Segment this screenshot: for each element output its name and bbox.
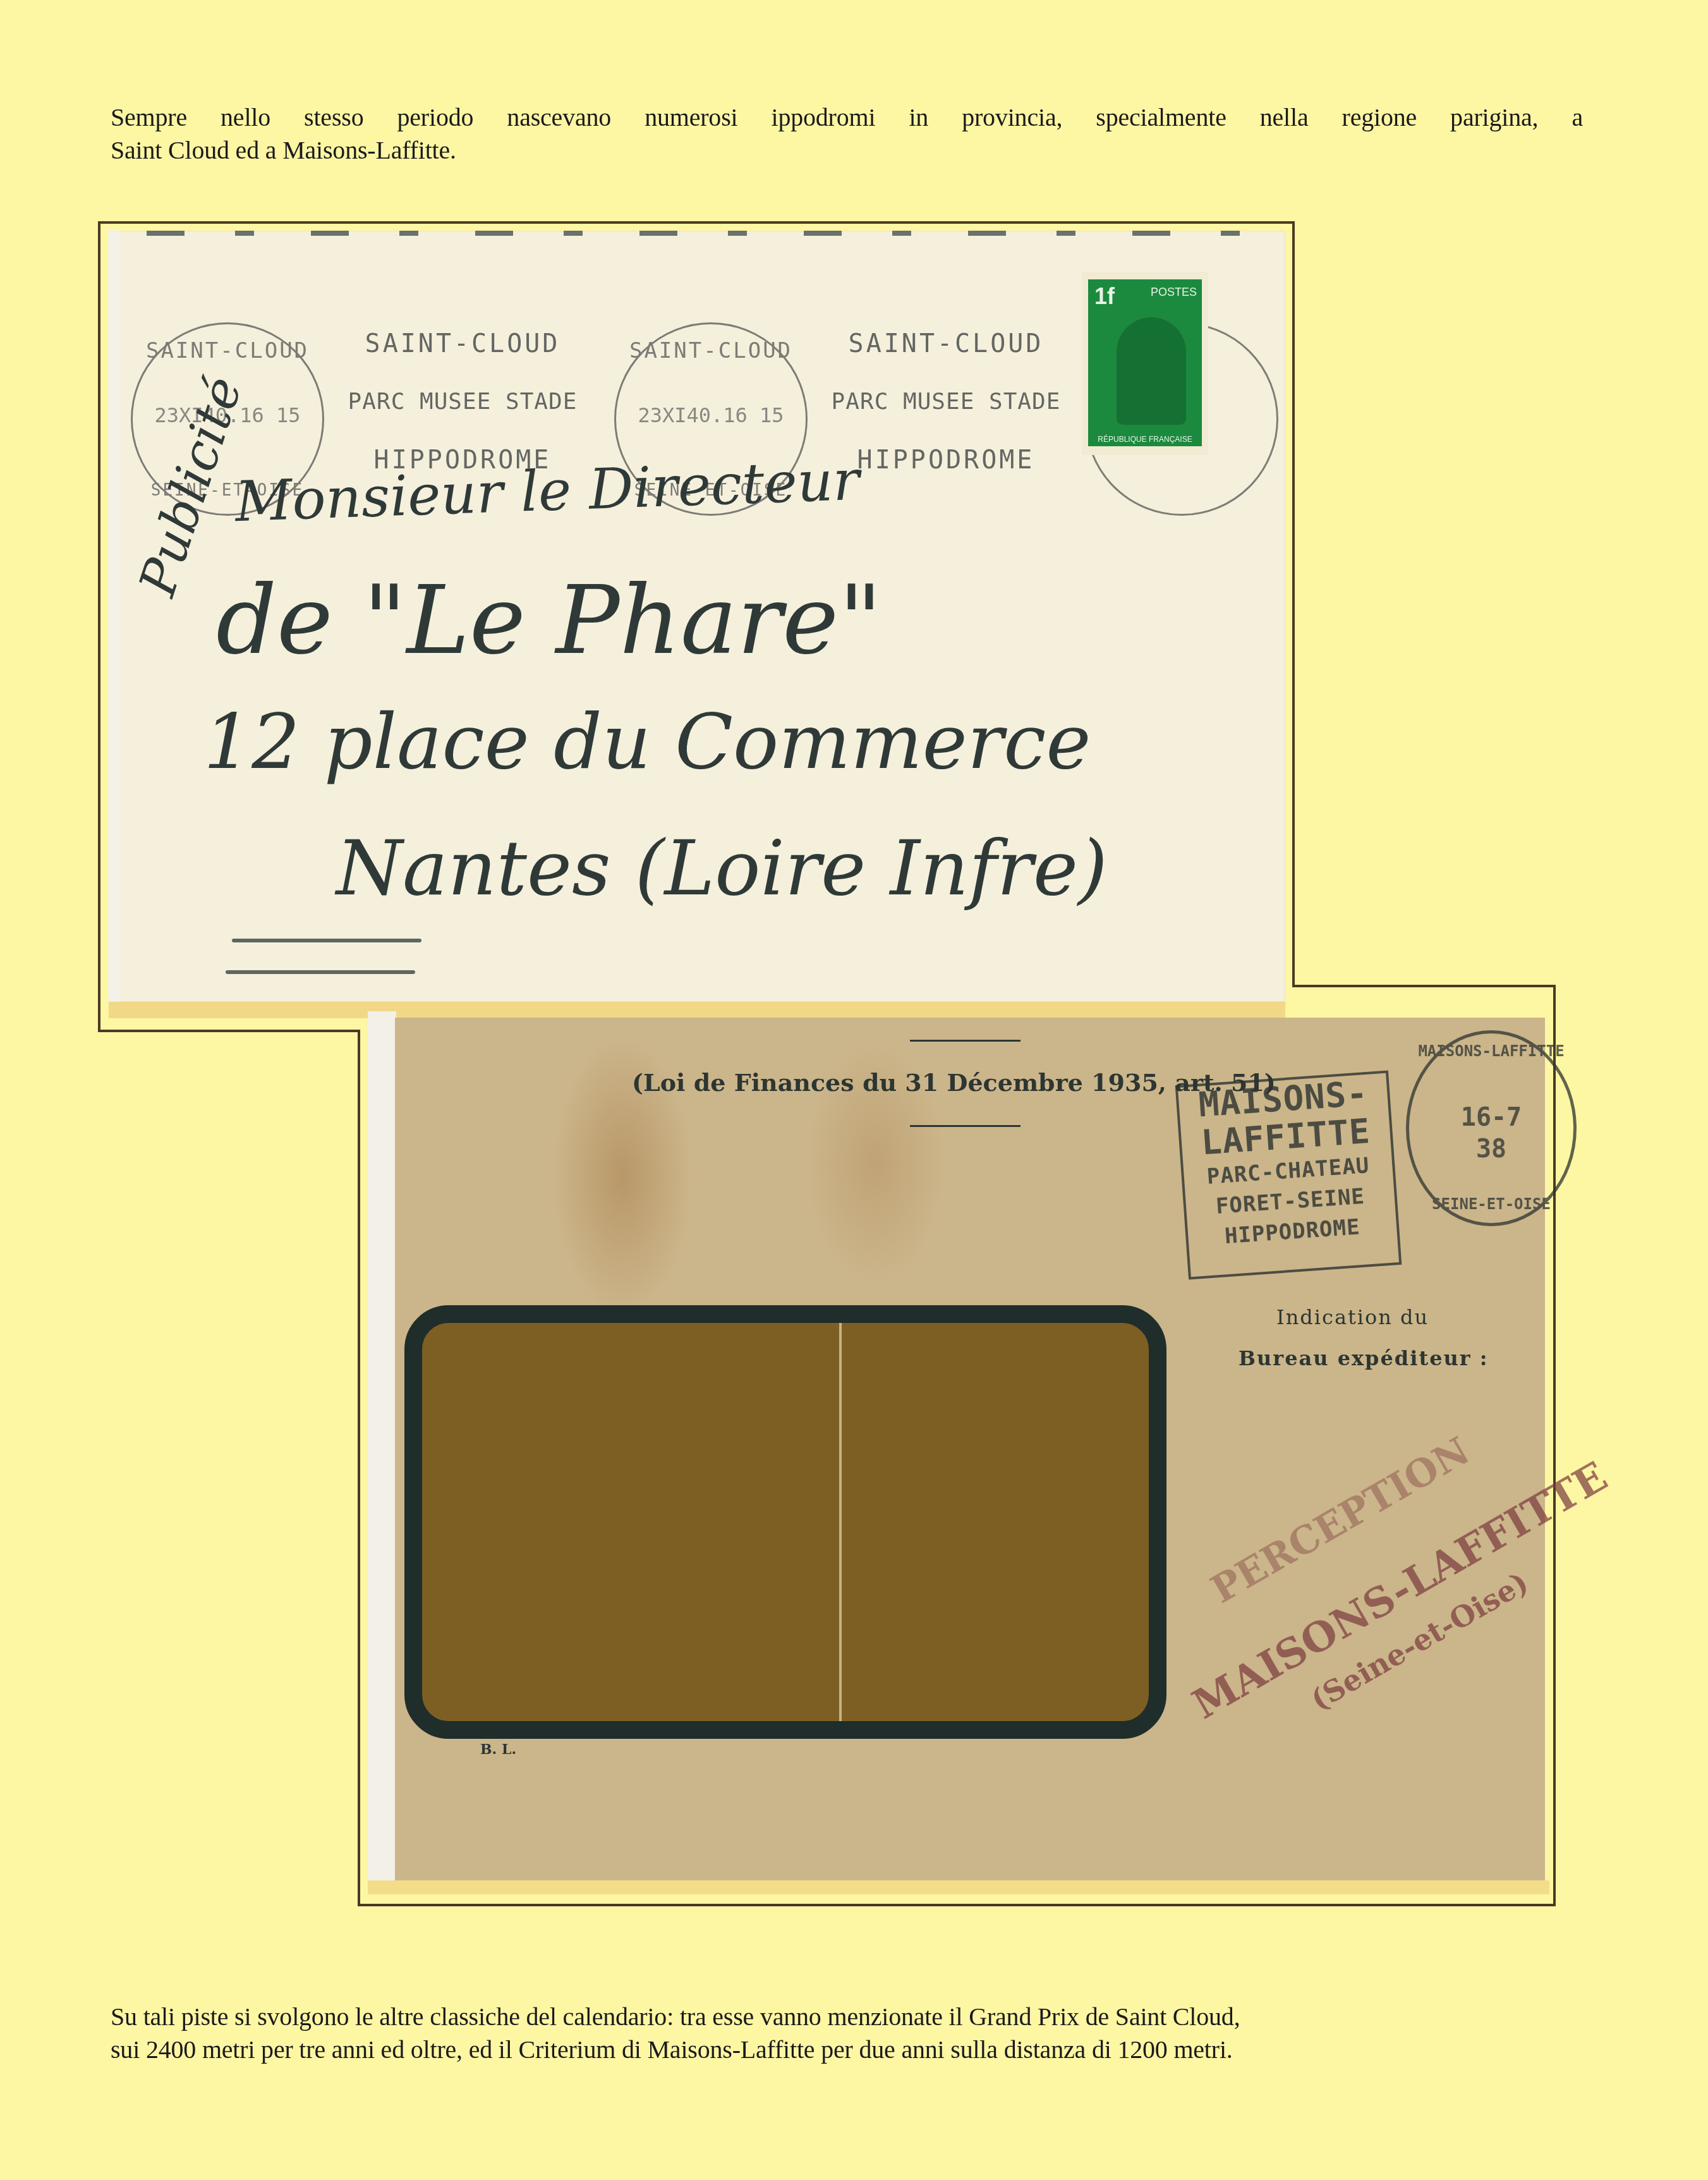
- crease: [839, 1323, 842, 1721]
- ornament-rule: [910, 1125, 1021, 1127]
- postmark-circle: MAISONS-LAFFITTE 16-7 38 SEINE-ET-OISE: [1406, 1030, 1577, 1226]
- closing-caption: Su tali piste si svolgono le altre class…: [111, 2000, 1583, 2066]
- cover-saint-cloud: SAINT-CLOUD 23XI40.16 15 SEINE-ET-OISE S…: [109, 231, 1285, 1002]
- address-window: [404, 1305, 1166, 1739]
- mount-strip: [368, 1011, 396, 1880]
- mount-corner: [107, 229, 120, 1002]
- slogan-cancel-box: MAISONS- LAFFITTE PARC-CHATEAU FORET-SEI…: [1175, 1071, 1402, 1280]
- cover-maisons-laffitte: (Loi de Finances du 31 Décembre 1935, ar…: [395, 1018, 1545, 1880]
- address-line-1: Monsieur le Directeur: [234, 448, 861, 534]
- slogan-cancel: SAINT-CLOUD PARC MUSEE STADE HIPPODROME: [336, 326, 589, 478]
- address-line-2: de "Le Phare": [216, 566, 882, 676]
- postage-stamp: 1f POSTES RÉPUBLIQUE FRANÇAISE: [1082, 272, 1208, 455]
- intro-caption: Sempre nello stesso periodo nascevano nu…: [111, 101, 1583, 167]
- address-line-3: 12 place du Commerce: [203, 698, 1091, 786]
- address-line-4: Nantes (Loire Infre): [336, 825, 1108, 913]
- mount-strip: [109, 1002, 1285, 1018]
- intro-caption-line-2: Saint Cloud ed a Maisons-Laffitte.: [111, 134, 1583, 167]
- rule: [910, 1040, 1021, 1042]
- underline: [226, 970, 415, 974]
- closing-caption-line-2: sui 2400 metri per tre anni ed oltre, ed…: [111, 2033, 1583, 2066]
- intro-caption-line-1: Sempre nello stesso periodo nascevano nu…: [111, 101, 1583, 134]
- underline: [232, 939, 421, 942]
- sender-label-line-1: Indication du: [1276, 1305, 1429, 1329]
- mount-strip: [368, 1880, 1549, 1894]
- torn-edge: [147, 231, 1252, 236]
- sender-label-line-2: Bureau expéditeur :: [1239, 1346, 1489, 1370]
- closing-caption-line-1: Su tali piste si svolgono le altre class…: [111, 2000, 1583, 2033]
- iris-figure-icon: [1117, 317, 1186, 425]
- printer-mark: B. L.: [480, 1741, 516, 1758]
